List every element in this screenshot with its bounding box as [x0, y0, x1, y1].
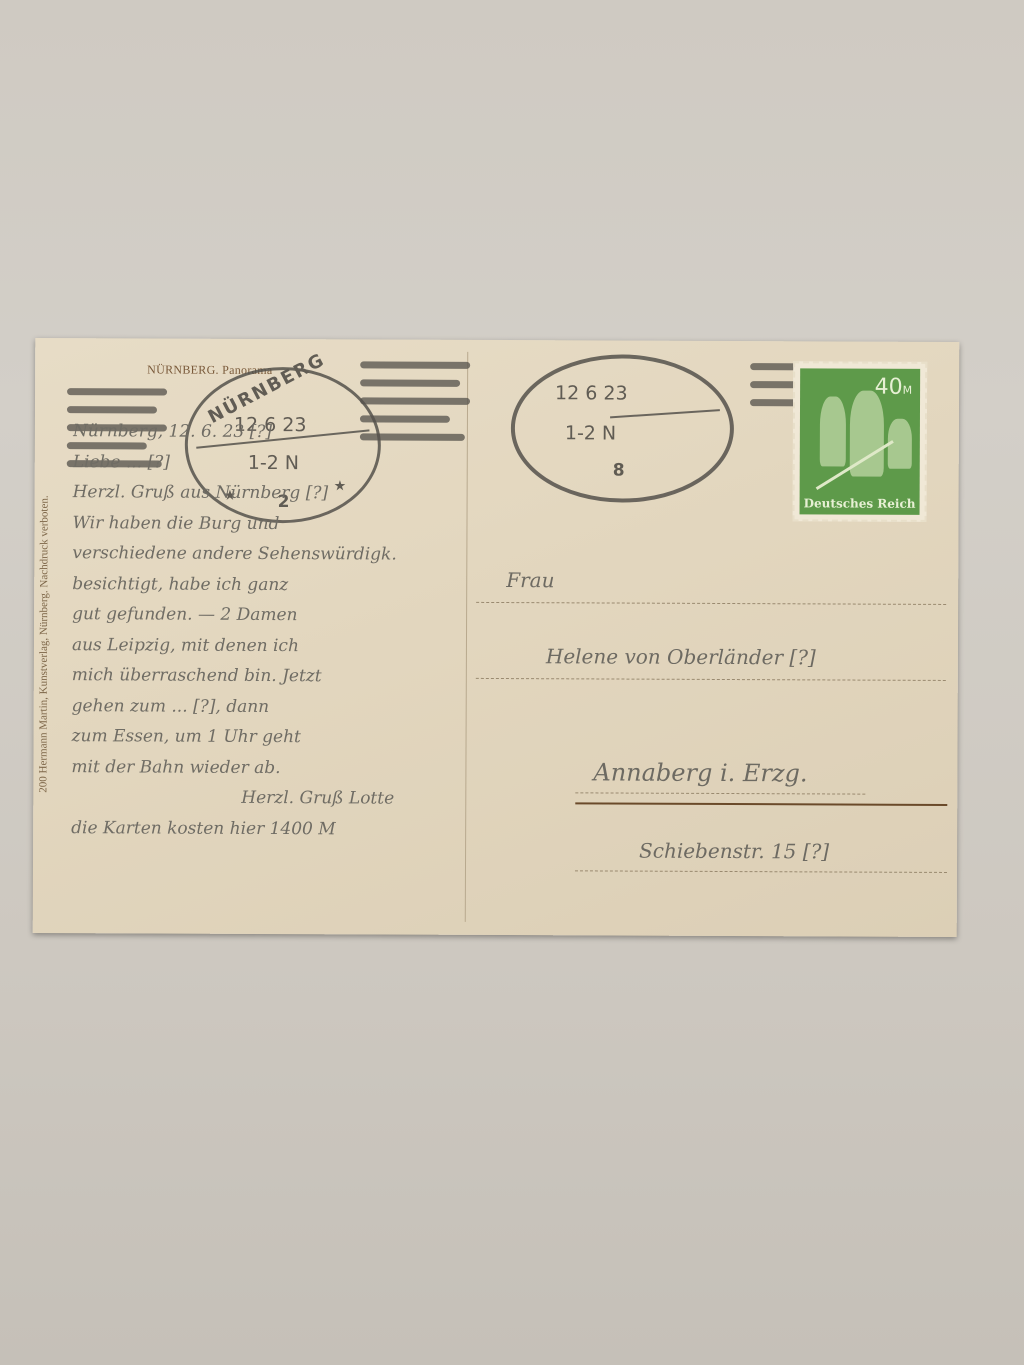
address-rule [575, 870, 947, 873]
message-line: besichtigt, habe ich ganz [72, 569, 462, 601]
postage-stamp: 40M Deutsches Reich [793, 361, 928, 522]
address-rule [476, 678, 946, 681]
address-rule [575, 792, 865, 794]
postmark-code: 8 [613, 461, 625, 481]
message-line: aus Leipzig, mit denen ich [72, 630, 462, 662]
handwritten-message: Nürnberg, 12. 6. 23 [?] Liebe ... [?] He… [71, 416, 463, 845]
message-line: verschiedene andere Sehenswürdigk. [72, 538, 462, 570]
message-line: gut gefunden. — 2 Damen [72, 599, 462, 631]
message-line: mit der Bahn wieder ab. [71, 752, 461, 784]
address-city-underline [575, 802, 947, 806]
message-line: Liebe ... [?] [73, 447, 463, 479]
address-line-1: Frau [506, 568, 554, 592]
message-postscript: die Karten kosten hier 1400 M [71, 813, 461, 845]
publisher-imprint: 200 Hermann Martin, Kunstverlag, Nürnber… [37, 384, 51, 904]
message-line: gehen zum ... [?], dann [72, 691, 462, 723]
stamp-value: 40M [875, 375, 913, 400]
message-line: Nürnberg, 12. 6. 23 [?] [73, 416, 463, 448]
message-line: mich überraschend bin. Jetzt [72, 660, 462, 692]
postmark-time: 1-2 N [565, 422, 616, 444]
postmark-date: 12 6 23 [555, 382, 628, 404]
address-line-2: Helene von Oberländer [?] [546, 644, 816, 669]
address-rule [476, 602, 946, 605]
postcard: NÜRNBERG. Panorama 200 Hermann Martin, K… [33, 338, 960, 937]
message-line: Wir haben die Burg und [72, 508, 462, 540]
message-line: Herzl. Gruß aus Nürnberg [?] [73, 477, 463, 509]
message-signature: Herzl. Gruß Lotte [71, 782, 461, 814]
postmark-right: 12 6 23 1-2 N 8 [511, 354, 735, 503]
address-line-3: Annaberg i. Erzg. [593, 758, 807, 787]
message-line: zum Essen, um 1 Uhr geht [71, 721, 461, 753]
stamp-country: Deutsches Reich [800, 496, 920, 511]
address-line-4: Schiebenstr. 15 [?] [639, 839, 829, 864]
